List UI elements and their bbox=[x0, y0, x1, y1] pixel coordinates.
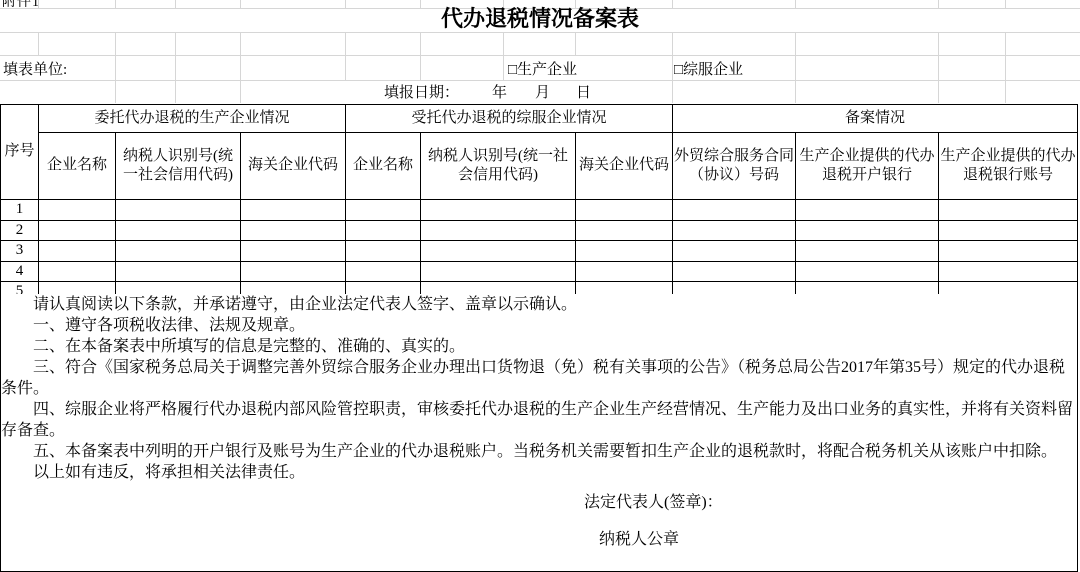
seq-cell[interactable]: 1 bbox=[1, 200, 39, 221]
page-title: 代办退税情况备案表 bbox=[0, 6, 1080, 32]
empty-cell[interactable] bbox=[576, 261, 673, 282]
grid-line bbox=[175, 80, 176, 103]
taxpayer-seal-label: 纳税人公章 bbox=[599, 526, 679, 549]
empty-cell[interactable] bbox=[346, 261, 421, 282]
grid-line bbox=[240, 80, 241, 103]
empty-cell[interactable] bbox=[241, 200, 346, 221]
grid-line bbox=[503, 55, 504, 80]
grid-line bbox=[1005, 80, 1006, 103]
table-row: 4 bbox=[1, 261, 1078, 282]
grid-line bbox=[795, 55, 796, 80]
terms-closing: 以上如有违反，将承担相关法律责任。 bbox=[1, 462, 1077, 483]
date-label: 填报日期： bbox=[384, 83, 459, 103]
grid-line bbox=[795, 32, 796, 55]
day-label: 日 bbox=[576, 83, 591, 103]
table-group-header-row: 序号 委托代办退税的生产企业情况 受托代办退税的综服企业情况 备案情况 bbox=[1, 105, 1078, 133]
grid-line bbox=[938, 32, 939, 55]
empty-cell[interactable] bbox=[796, 220, 939, 241]
empty-cell[interactable] bbox=[421, 220, 576, 241]
month-label: 月 bbox=[535, 83, 550, 103]
empty-cell[interactable] bbox=[421, 200, 576, 221]
table-row: 1 bbox=[1, 200, 1078, 221]
terms-item-2: 二、在本备案表中所填写的信息是完整的、准确的、真实的。 bbox=[1, 336, 1077, 357]
grid-line bbox=[672, 32, 673, 55]
terms-item-5: 五、本备案表中列明的开户银行及账号为生产企业的代办退税账户。当税务机关需要暂扣生… bbox=[1, 441, 1077, 462]
empty-cell[interactable] bbox=[796, 200, 939, 221]
grid-line bbox=[672, 80, 673, 103]
empty-cell[interactable] bbox=[421, 241, 576, 262]
col-header-taxpayer-id-1: 纳税人识别号(统一社会信用代码) bbox=[116, 133, 241, 200]
unit-label: 填表单位: bbox=[3, 60, 67, 80]
group-header-entrusting-producer: 委托代办退税的生产企业情况 bbox=[39, 105, 346, 133]
table-row: 3 bbox=[1, 241, 1078, 262]
empty-cell[interactable] bbox=[673, 241, 796, 262]
empty-cell[interactable] bbox=[346, 200, 421, 221]
grid-line bbox=[240, 32, 241, 55]
terms-item-1: 一、遵守各项税收法律、法规及规章。 bbox=[1, 315, 1077, 336]
empty-cell[interactable] bbox=[673, 200, 796, 221]
grid-line bbox=[672, 55, 673, 80]
empty-cell[interactable] bbox=[796, 261, 939, 282]
empty-cell[interactable] bbox=[939, 261, 1078, 282]
empty-cell[interactable] bbox=[116, 220, 241, 241]
empty-cell[interactable] bbox=[576, 220, 673, 241]
grid-line bbox=[345, 55, 346, 80]
empty-cell[interactable] bbox=[576, 200, 673, 221]
seq-cell[interactable]: 2 bbox=[1, 220, 39, 241]
checkbox-zongfu-enterprise[interactable]: □综服企业 bbox=[674, 60, 743, 80]
empty-cell[interactable] bbox=[939, 200, 1078, 221]
col-header-enterprise-name-2: 企业名称 bbox=[346, 133, 421, 200]
grid-line bbox=[38, 32, 39, 55]
col-header-customs-code-2: 海关企业代码 bbox=[576, 133, 673, 200]
year-label: 年 bbox=[492, 83, 507, 103]
empty-cell[interactable] bbox=[116, 261, 241, 282]
legal-representative-signature-label: 法定代表人(签章)： bbox=[584, 489, 723, 512]
terms-intro: 请认真阅读以下条款，并承诺遵守，由企业法定代表人签字、盖章以示确认。 bbox=[1, 294, 1077, 315]
empty-cell[interactable] bbox=[796, 241, 939, 262]
col-header-customs-code-1: 海关企业代码 bbox=[241, 133, 346, 200]
grid-line bbox=[1005, 32, 1006, 55]
empty-cell[interactable] bbox=[39, 261, 116, 282]
grid-line bbox=[420, 55, 421, 80]
grid-line bbox=[503, 32, 504, 55]
empty-cell[interactable] bbox=[241, 241, 346, 262]
grid-line bbox=[938, 80, 939, 103]
grid-line bbox=[175, 55, 176, 80]
empty-cell[interactable] bbox=[421, 261, 576, 282]
empty-cell[interactable] bbox=[241, 220, 346, 241]
seq-header: 序号 bbox=[1, 105, 39, 200]
checkbox-producer-enterprise[interactable]: □生产企业 bbox=[508, 60, 577, 80]
terms-item-4: 四、综服企业将严格履行代办退税内部风险管控职责，审核委托代办退税的生产企业生产经… bbox=[1, 399, 1077, 441]
empty-cell[interactable] bbox=[116, 200, 241, 221]
grid-line bbox=[175, 32, 176, 55]
col-header-contract-number: 外贸综合服务合同（协议）号码 bbox=[673, 133, 796, 200]
grid-line bbox=[0, 55, 1080, 56]
main-table: 序号 委托代办退税的生产企业情况 受托代办退税的综服企业情况 备案情况 企业名称… bbox=[0, 104, 1078, 303]
empty-cell[interactable] bbox=[39, 220, 116, 241]
empty-cell[interactable] bbox=[241, 261, 346, 282]
seq-cell[interactable]: 4 bbox=[1, 261, 39, 282]
grid-line bbox=[575, 32, 576, 55]
empty-cell[interactable] bbox=[939, 220, 1078, 241]
group-header-entrusted-zongfu: 受托代办退税的综服企业情况 bbox=[346, 105, 673, 133]
col-header-refund-bank: 生产企业提供的代办退税开户银行 bbox=[796, 133, 939, 200]
col-header-enterprise-name-1: 企业名称 bbox=[39, 133, 116, 200]
table-subheader-row: 企业名称 纳税人识别号(统一社会信用代码) 海关企业代码 企业名称 纳税人识别号… bbox=[1, 133, 1078, 200]
empty-cell[interactable] bbox=[346, 241, 421, 262]
empty-cell[interactable] bbox=[673, 220, 796, 241]
grid-line bbox=[1005, 55, 1006, 80]
grid-line bbox=[345, 32, 346, 55]
grid-line bbox=[240, 55, 241, 80]
empty-cell[interactable] bbox=[673, 261, 796, 282]
grid-line bbox=[0, 80, 1080, 81]
empty-cell[interactable] bbox=[346, 220, 421, 241]
empty-cell[interactable] bbox=[39, 241, 116, 262]
empty-cell[interactable] bbox=[116, 241, 241, 262]
col-header-taxpayer-id-2: 纳税人识别号(统一社会信用代码) bbox=[421, 133, 576, 200]
grid-line bbox=[0, 32, 1080, 33]
grid-line bbox=[115, 55, 116, 80]
grid-line bbox=[795, 80, 796, 103]
terms-item-3: 三、符合《国家税务总局关于调整完善外贸综合服务企业办理出口货物退（免）税有关事项… bbox=[1, 357, 1077, 399]
group-header-filing-info: 备案情况 bbox=[673, 105, 1078, 133]
empty-cell[interactable] bbox=[39, 200, 116, 221]
col-header-refund-account: 生产企业提供的代办退税银行账号 bbox=[939, 133, 1078, 200]
grid-line bbox=[115, 80, 116, 103]
empty-cell[interactable] bbox=[939, 241, 1078, 262]
grid-line bbox=[938, 55, 939, 80]
empty-cell[interactable] bbox=[576, 241, 673, 262]
terms-block: 请认真阅读以下条款，并承诺遵守，由企业法定代表人签字、盖章以示确认。 一、遵守各… bbox=[0, 294, 1078, 572]
tax-form-sheet: 附件1 代办退税情况备案表 填表单位: □生产企业 □综服企业 填报日 bbox=[0, 0, 1080, 572]
grid-line bbox=[420, 32, 421, 55]
grid-line bbox=[115, 32, 116, 55]
table-row: 2 bbox=[1, 220, 1078, 241]
seq-cell[interactable]: 3 bbox=[1, 241, 39, 262]
